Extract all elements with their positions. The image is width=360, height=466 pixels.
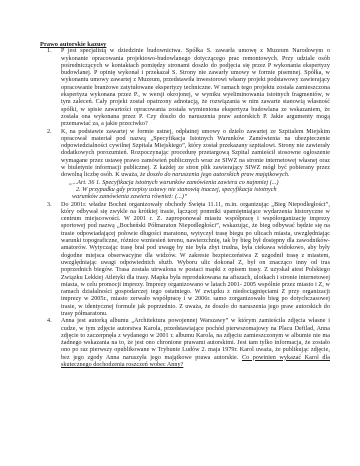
kazus-item-2: 2. K, na podstawie zawartej w formie ust… <box>40 129 330 202</box>
item-text: K, na podstawie zawartej w formie ustnej… <box>61 129 330 179</box>
kazus-item-3: 3. Do 2001r. władze Bochni organizowały … <box>40 202 330 319</box>
document-title: Prawo autorskie kazusy <box>40 41 330 48</box>
document-page: Prawo autorskie kazusy 1. P jest specjal… <box>0 0 360 466</box>
kazus-item-1: 1. P jest specjalistą w dziedzinie budow… <box>40 48 330 128</box>
statute-quote: „...Art. 36 1. Specyfikacja istotnych wa… <box>69 180 330 202</box>
statute-quote-line: „...Art. 36 1. Specyfikacja istotnych wa… <box>69 180 330 187</box>
kazus-item-4: 4. Anna jest autorką albumu „Architektur… <box>40 318 330 369</box>
item-number: 2. <box>47 129 52 136</box>
item-number: 3. <box>47 202 52 209</box>
document-content: Prawo autorskie kazusy 1. P jest specjal… <box>40 41 330 369</box>
item-text: P jest specjalistą w dziedzinie budownic… <box>61 48 330 127</box>
item-number: 1. <box>47 48 52 55</box>
statute-quote-line: warunków zamówienia zawiera również: (..… <box>72 194 330 201</box>
item-number: 4. <box>47 318 52 325</box>
item-text-italic: że doszło do naruszenia jego autorskich … <box>140 172 289 178</box>
item-text: Do 2001r. władze Bochni organizowały obc… <box>61 202 330 317</box>
